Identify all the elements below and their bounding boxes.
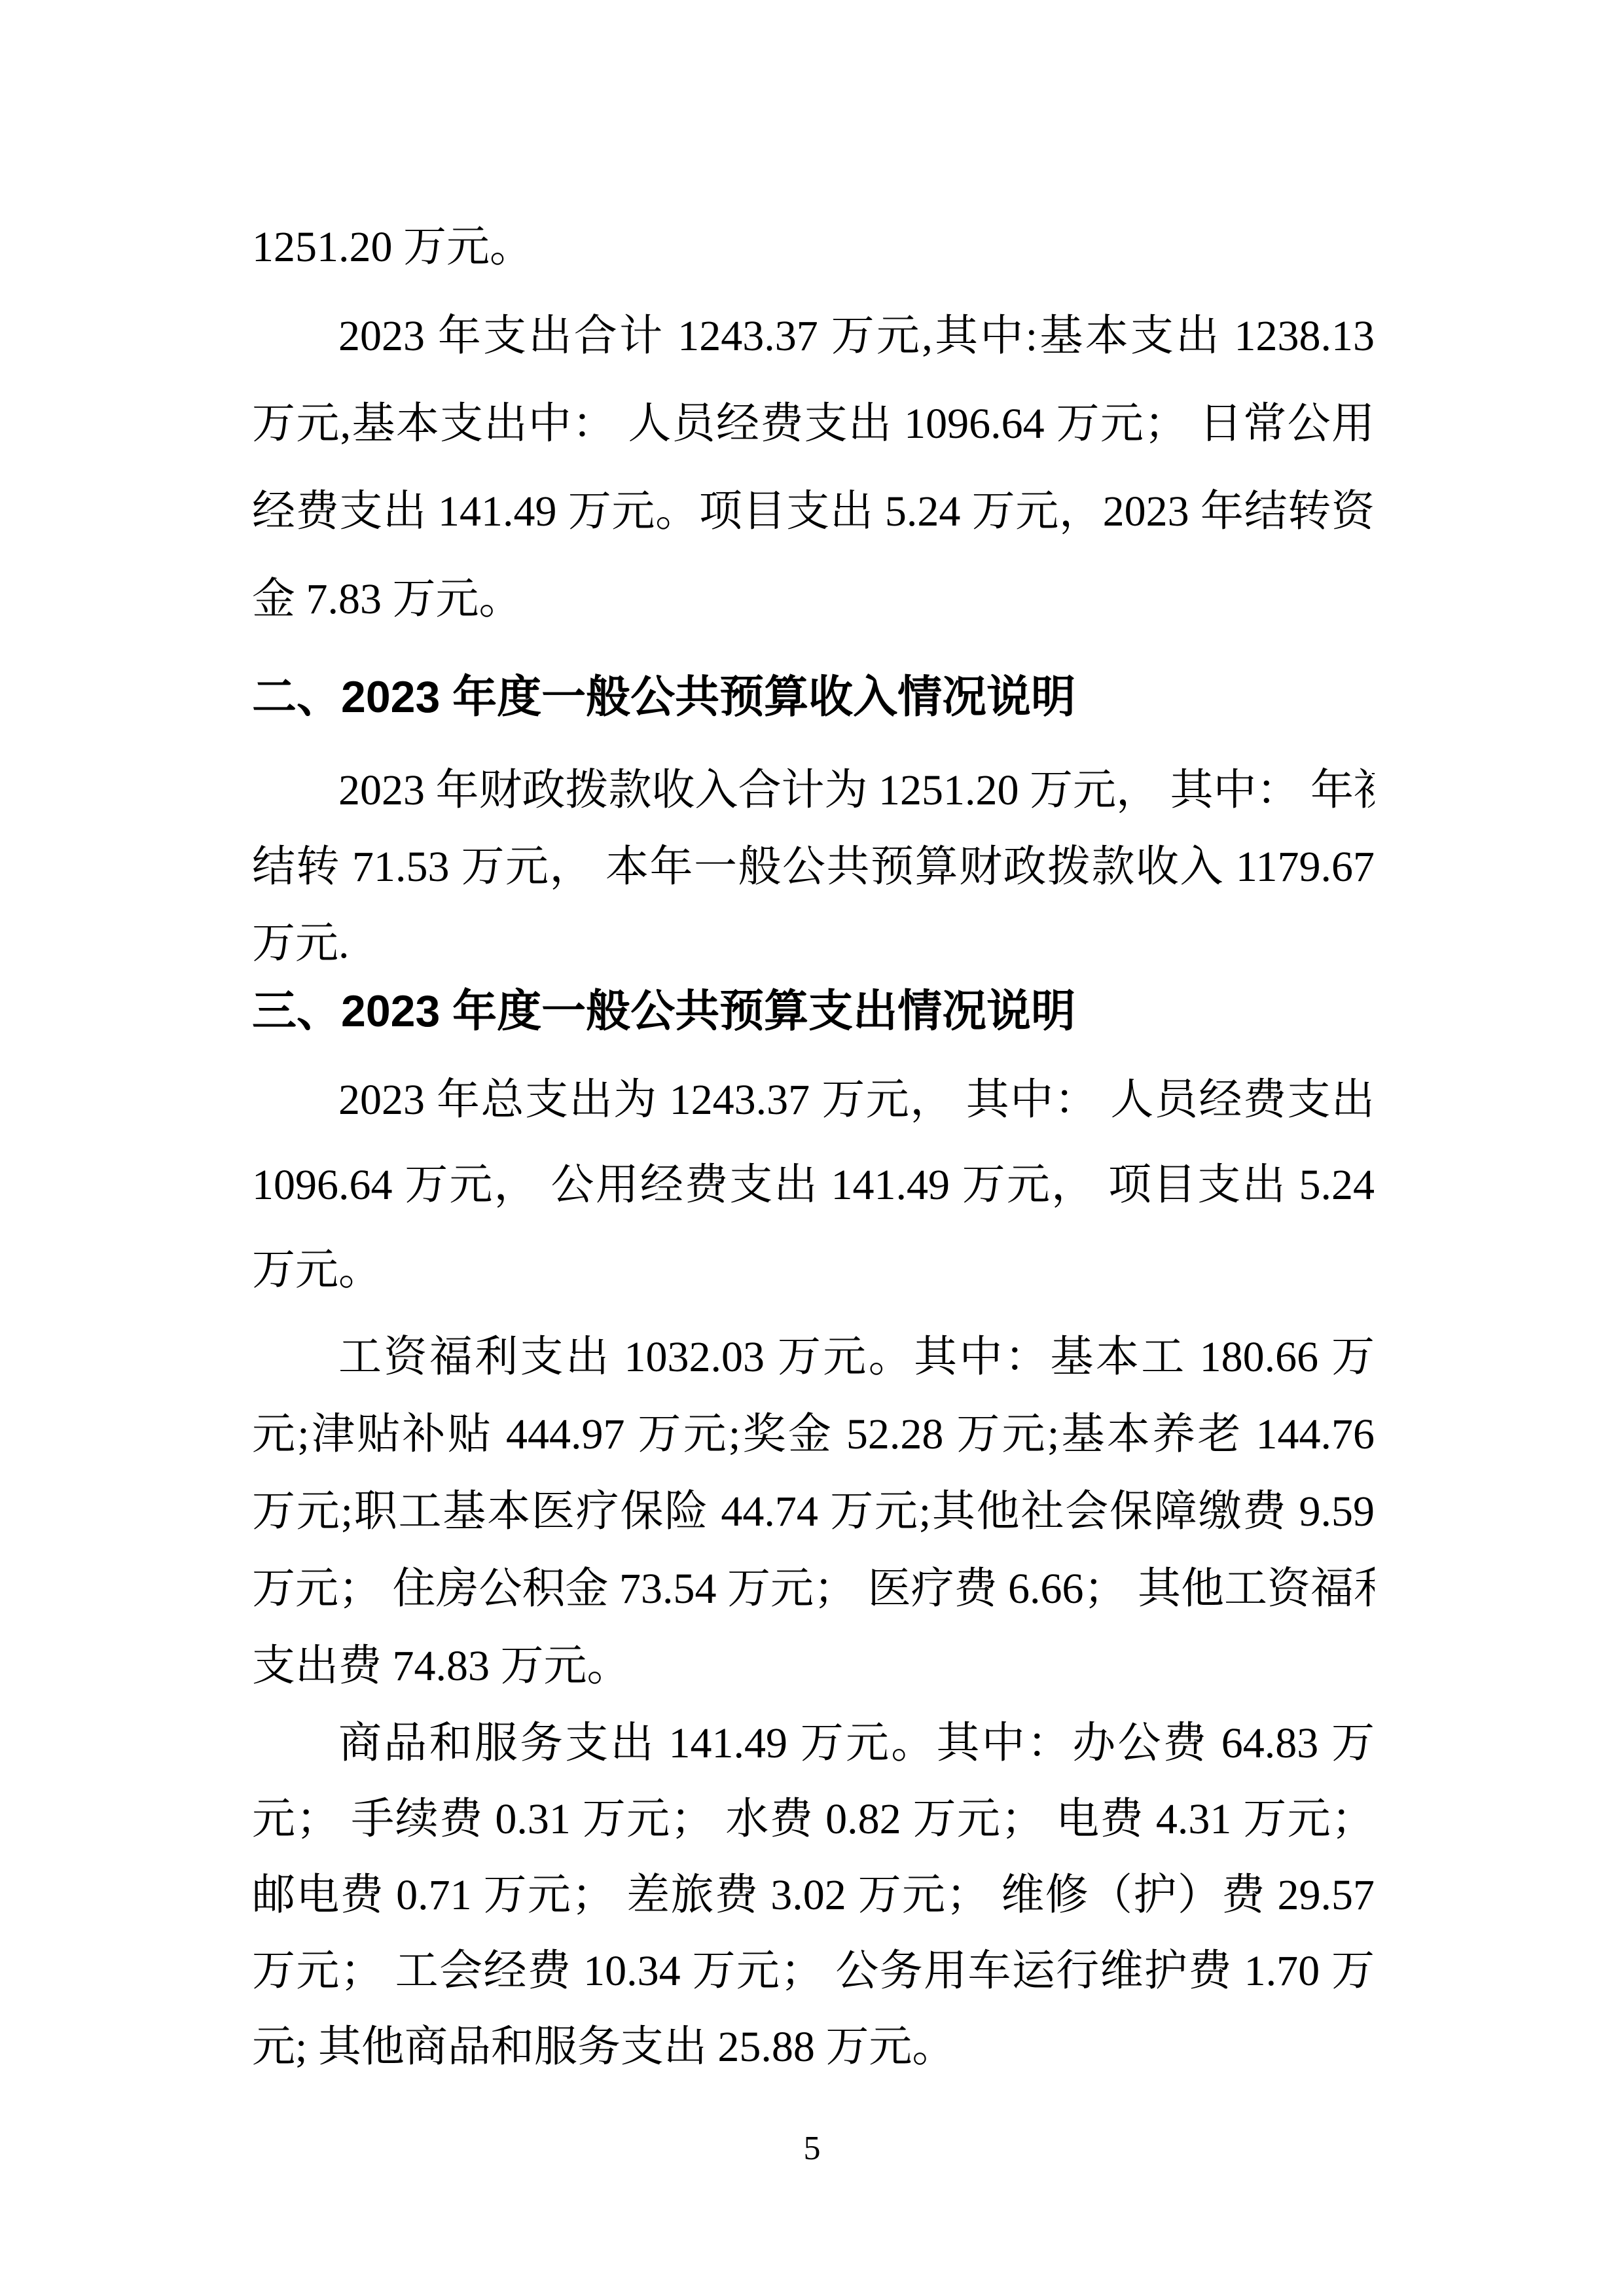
text-line: 万元,基本支出中： 人员经费支出 1096.64 万元； 日常公用 xyxy=(252,380,1375,468)
section-heading-3: 三、2023 年度一般公共预算支出情况说明 xyxy=(252,986,1375,1037)
page-number: 5 xyxy=(0,2128,1624,2169)
text-line: 万元； 工会经费 10.34 万元； 公务用车运行维护费 1.70 万 xyxy=(252,1933,1375,2009)
heading-text: 三、2023 年度一般公共预算支出情况说明 xyxy=(252,986,1375,1037)
text-line: 支出费 74.83 万元。 xyxy=(252,1628,1375,1705)
budget-report-page: 1251.20 万元。 2023 年支出合计 1243.37 万元,其中:基本支… xyxy=(0,0,1624,2296)
text-line: 元; 其他商品和服务支出 25.88 万元。 xyxy=(252,2009,1375,2085)
text-line: 1251.20 万元。 xyxy=(252,204,1375,291)
paragraph-previous-page-tail: 1251.20 万元。 xyxy=(252,204,1375,291)
text-line: 万元； 住房公积金 73.54 万元； 医疗费 6.66； 其他工资福利 xyxy=(252,1551,1375,1628)
text-line: 万元;职工基本医疗保险 44.74 万元;其他社会保障缴费 9.59 xyxy=(252,1473,1375,1551)
text-line: 商品和服务支出 141.49 万元。其中：办公费 64.83 万 xyxy=(252,1706,1375,1782)
text-line: 工资福利支出 1032.03 万元。其中：基本工 180.66 万 xyxy=(252,1319,1375,1396)
text-line: 万元. xyxy=(252,905,1375,982)
paragraph-wage-welfare-expenditure: 工资福利支出 1032.03 万元。其中：基本工 180.66 万元;津贴补贴 … xyxy=(252,1319,1375,1705)
text-line: 2023 年总支出为 1243.37 万元， 其中： 人员经费支出 xyxy=(252,1058,1375,1143)
text-line: 元;津贴补贴 444.97 万元;奖金 52.28 万元;基本养老 144.76 xyxy=(252,1396,1375,1473)
text-line: 万元。 xyxy=(252,1228,1375,1313)
text-line: 结转 71.53 万元， 本年一般公共预算财政拨款收入 1179.67 xyxy=(252,829,1375,905)
text-line: 元； 手续费 0.31 万元； 水费 0.82 万元； 电费 4.31 万元； xyxy=(252,1782,1375,1857)
paragraph-2023-expenditure-total: 2023 年支出合计 1243.37 万元,其中:基本支出 1238.13万元,… xyxy=(252,293,1375,643)
text-line: 1096.64 万元， 公用经费支出 141.49 万元， 项目支出 5.24 xyxy=(252,1143,1375,1228)
text-line: 2023 年财政拨款收入合计为 1251.20 万元， 其中： 年初 xyxy=(252,752,1375,829)
paragraph-fiscal-appropriation-revenue: 2023 年财政拨款收入合计为 1251.20 万元， 其中： 年初结转 71.… xyxy=(252,752,1375,982)
text-line: 经费支出 141.49 万元。项目支出 5.24 万元，2023 年结转资 xyxy=(252,468,1375,556)
text-line: 金 7.83 万元。 xyxy=(252,556,1375,643)
section-heading-2: 二、2023 年度一般公共预算收入情况说明 xyxy=(252,672,1375,723)
text-line: 邮电费 0.71 万元； 差旅费 3.02 万元； 维修（护）费 29.57 xyxy=(252,1857,1375,1933)
heading-text: 二、2023 年度一般公共预算收入情况说明 xyxy=(252,672,1375,723)
paragraph-goods-services-expenditure: 商品和服务支出 141.49 万元。其中：办公费 64.83 万元； 手续费 0… xyxy=(252,1706,1375,2085)
text-line: 2023 年支出合计 1243.37 万元,其中:基本支出 1238.13 xyxy=(252,293,1375,380)
paragraph-total-expenditure-breakdown: 2023 年总支出为 1243.37 万元， 其中： 人员经费支出1096.64… xyxy=(252,1058,1375,1313)
